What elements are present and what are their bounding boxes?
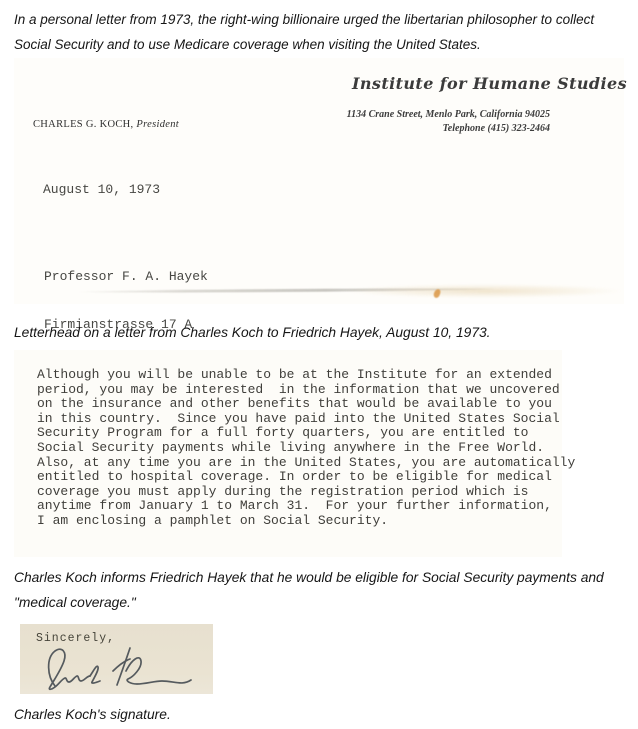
letter-body-line: Security Program for a full forty quarte… — [37, 426, 562, 441]
letterhead-address-block: 1134 Crane Street, Menlo Park, Californi… — [347, 108, 550, 136]
letter-body-scan-image: Although you will be unable to be at the… — [14, 350, 562, 557]
letterhead-address-line2: Telephone (415) 323-2464 — [347, 122, 550, 136]
president-title: President — [136, 119, 179, 130]
signature-scan-image: Sincerely, — [20, 624, 213, 694]
letter-body-line: Social Security payments while living an… — [37, 441, 562, 456]
handwritten-signature — [38, 640, 198, 692]
paper-stain — [344, 284, 624, 298]
recipient-line: Professor F. A. Hayek — [44, 269, 208, 285]
letterhead-president-line: CHARLES G. KOCH, President — [33, 119, 179, 130]
letter-body-line: on the insurance and other benefits that… — [37, 397, 562, 412]
letter-body-line: I am enclosing a pamphlet on Social Secu… — [37, 514, 562, 529]
letter-body-line: in this country. Since you have paid int… — [37, 412, 562, 427]
letter-body-line: anytime from January 1 to March 31. For … — [37, 499, 562, 514]
letter-body-line: Although you will be unable to be at the… — [37, 368, 562, 383]
president-name: CHARLES G. KOCH, — [33, 119, 133, 130]
letter-body-line: coverage you must apply during the regis… — [37, 485, 562, 500]
caption-letter-body: Charles Koch informs Friedrich Hayek tha… — [14, 565, 626, 615]
letter-body-line: entitled to hospital coverage. In order … — [37, 470, 562, 485]
intro-paragraph: In a personal letter from 1973, the righ… — [14, 7, 630, 57]
letterhead-address-line1: 1134 Crane Street, Menlo Park, Californi… — [347, 108, 550, 122]
letter-body-line: period, you may be interested in the inf… — [37, 383, 562, 398]
article-page: In a personal letter from 1973, the righ… — [0, 0, 638, 729]
letter-date: August 10, 1973 — [43, 182, 160, 197]
letterhead-scan-image: Institute for Humane Studies 1134 Crane … — [14, 58, 624, 304]
caption-signature: Charles Koch's signature. — [14, 702, 630, 727]
letter-body-line: Also, at any time you are in the United … — [37, 456, 562, 471]
caption-letterhead: Letterhead on a letter from Charles Koch… — [14, 320, 630, 345]
letterhead-org-name: Institute for Humane Studies — [352, 74, 567, 93]
